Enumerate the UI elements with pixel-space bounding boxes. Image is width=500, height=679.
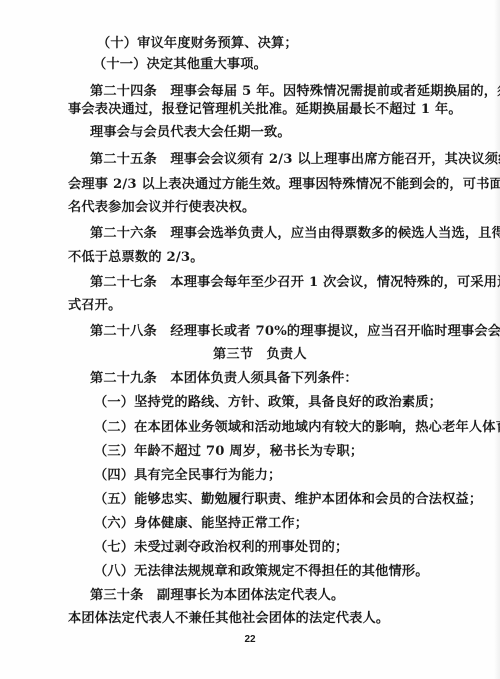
- condition-item-3: （三）年龄不超过 70 周岁，秘书长为专职；: [94, 444, 363, 460]
- article-27-line-1: 第二十七条 本理事会每年至少召开 1 次会议，情况特殊的，可采用通讯形: [90, 275, 500, 291]
- article-30: 第三十条 副理事长为本团体法定代表人。: [90, 588, 344, 604]
- article-24-paragraph-2: 理事会与会员代表大会任期一致。: [90, 125, 291, 141]
- article-25-line-3: 名代表参加会议并行使表决权。: [68, 200, 255, 216]
- condition-item-1: （一）坚持党的路线、方针、政策，具备良好的政治素质；: [94, 395, 442, 411]
- article-26-line-2: 不低于总票数的 2/3。: [68, 250, 204, 266]
- condition-item-2: （二）在本团体业务领域和活动地域内有较大的影响，热心老年人体育事业；: [94, 420, 500, 436]
- document-page: （十）审议年度财务预算、决算； （十一）决定其他重大事项。 第二十四条 理事会每…: [0, 0, 500, 679]
- page-number: 22: [0, 634, 500, 645]
- article-24-line-2: 事会表决通过，报登记管理机关批准。延期换届最长不超过 1 年。: [68, 102, 462, 118]
- article-26-line-1: 第二十六条 理事会选举负责人，应当由得票数多的候选人当选，且得票数: [90, 226, 500, 242]
- article-29: 第二十九条 本团体负责人须具备下列条件：: [90, 371, 358, 387]
- condition-item-5: （五）能够忠实、勤勉履行职责、维护本团体和会员的合法权益；: [94, 492, 482, 508]
- condition-item-6: （六）身体健康、能坚持正常工作；: [94, 516, 308, 532]
- article-28: 第二十八条 经理事长或者 70%的理事提议，应当召开临时理事会会议。: [90, 324, 500, 340]
- condition-item-4: （四）具有完全民事行为能力；: [94, 468, 281, 484]
- clause-item-11: （十一）决定其他重大事项。: [93, 57, 267, 73]
- article-27-line-2: 式召开。: [68, 298, 122, 314]
- article-25-line-1: 第二十五条 理事会会议须有 2/3 以上理事出席方能召开，其决议须经到: [90, 152, 500, 168]
- condition-item-8: （八）无法律法规规章和政策规定不得担任的其他情形。: [94, 564, 429, 580]
- article-24-line-1: 第二十四条 理事会每届 5 年。因特殊情况需提前或者延期换届的，须由理: [90, 84, 500, 100]
- clause-item-10: （十）审议年度财务预算、决算；: [97, 36, 298, 52]
- section-heading: 第三节 负责人: [213, 347, 307, 363]
- article-25-line-2: 会理事 2/3 以上表决通过方能生效。理事因特殊情况不能到会的，可书面委托 1: [68, 177, 500, 193]
- condition-item-7: （七）未受过剥夺政治权利的刑事处罚的；: [94, 540, 348, 556]
- article-30-paragraph-2: 本团体法定代表人不兼任其他社会团体的法定代表人。: [68, 611, 389, 627]
